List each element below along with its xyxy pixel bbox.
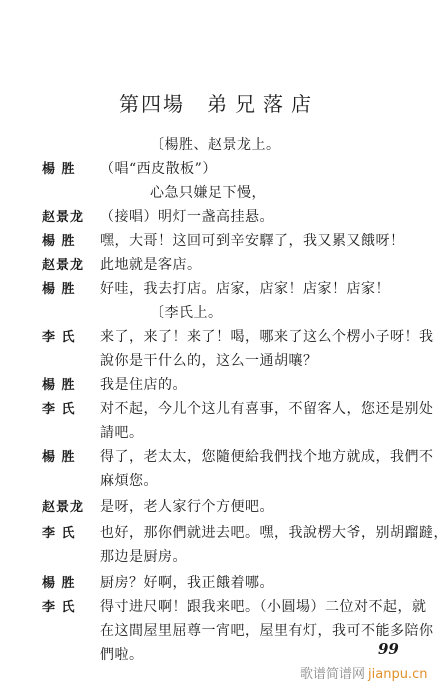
line-text: 我是住店的。 <box>100 374 187 394</box>
line-text: 麻煩您。 <box>100 470 158 490</box>
line-text: 說你是干什么的，这么一通胡嚷？ <box>100 350 318 370</box>
speaker-name: 李 氏 <box>42 326 90 345</box>
watermark: 歌谱简谱网jianpu.cn <box>300 663 427 682</box>
speaker-name: 楊 胜 <box>42 374 90 393</box>
line-text: 来了，来了！来了！喝，哪来了这么个楞小子呀！我 <box>100 326 434 346</box>
line-text: （唱“西皮散板”） <box>100 158 217 178</box>
speaker-name: 李 氏 <box>42 596 90 615</box>
speaker-name: 李 氏 <box>42 398 90 417</box>
speaker-name: 赵景龙 <box>42 496 90 515</box>
speaker-name: 赵景龙 <box>42 206 90 225</box>
scene-number: 第四場 <box>119 92 185 116</box>
line-text: （接唱）明灯一盏高挂悬。 <box>100 206 274 226</box>
speaker-name: 楊 胜 <box>42 158 90 177</box>
line-text: 在这間屋里屈尊一宵吧，屋里有灯，我可不能多陪你 <box>100 620 434 640</box>
scene-name: 弟兄落店 <box>207 92 319 116</box>
speaker-name: 楊 胜 <box>42 446 90 465</box>
line-text: 是呀，老人家行个方便吧。 <box>100 496 274 516</box>
line-text: 請吧。 <box>100 422 144 442</box>
stage-direction: 〔楊胜、赵景龙上。 <box>150 134 281 154</box>
line-text: 也好，那你們就进去吧。嘿，我說楞大爷，别胡蹓躂， <box>100 522 438 542</box>
line-text: 好哇，我去打店。店家，店家！店家！店家！ <box>100 278 390 298</box>
stage-direction: 〔李氏上。 <box>150 302 223 322</box>
speaker-name: 李 氏 <box>42 522 90 541</box>
line-text: 嘿，大哥！这回可到辛安驛了，我又累又餓呀！ <box>100 230 405 250</box>
page-number: 99 <box>378 640 399 658</box>
line-text: 得了，老太太，您隨便給我們找个地方就成，我們不 <box>100 446 434 466</box>
line-text: 那边是厨房。 <box>100 546 187 566</box>
line-text: 厨房？好啊，我正餓着哪。 <box>100 572 274 592</box>
line-text: 对不起，今儿个这儿有喜事，不留客人，您还是别处 <box>100 398 434 418</box>
line-text: 心急只嫌足下慢， <box>150 182 266 202</box>
speaker-name: 楊 胜 <box>42 230 90 249</box>
page-title: 第四場弟兄落店 <box>0 88 438 117</box>
watermark-site-name: 歌谱简谱网 <box>300 667 365 682</box>
line-text: 們啦。 <box>100 644 144 664</box>
line-text: 此地就是客店。 <box>100 254 202 274</box>
speaker-name: 楊 胜 <box>42 572 90 591</box>
line-text: 得寸进尺啊！跟我来吧。（小圓場）二位对不起，就 <box>100 596 427 616</box>
watermark-url: jianpu.cn <box>368 667 427 682</box>
speaker-name: 楊 胜 <box>42 278 90 297</box>
speaker-name: 赵景龙 <box>42 254 90 273</box>
